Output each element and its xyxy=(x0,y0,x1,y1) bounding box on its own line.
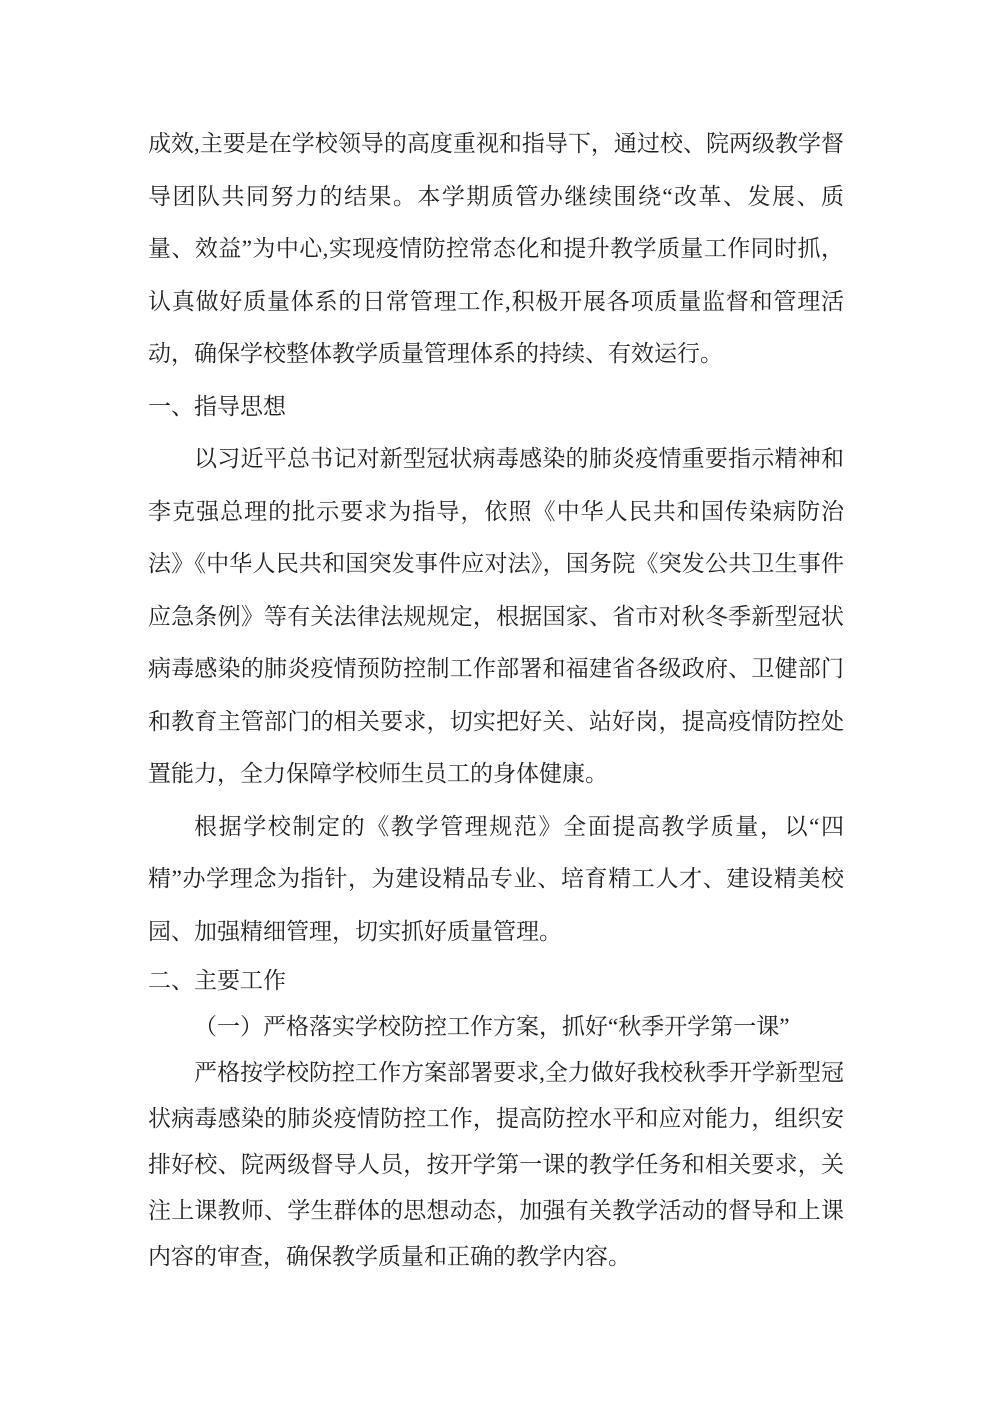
body-paragraph: 以习近平总书记对新型冠状病毒感染的肺炎疫情重要指示精神和李克强总理的批示要求为指… xyxy=(148,433,844,801)
section-heading: 二、主要工作 xyxy=(148,958,844,1004)
document-content: 成效,主要是在学校领导的高度重视和指导下，通过校、院两级教学督导团队共同努力的结… xyxy=(148,118,844,1280)
section-heading: 一、指导思想 xyxy=(148,381,844,434)
body-paragraph: 成效,主要是在学校领导的高度重视和指导下，通过校、院两级教学督导团队共同努力的结… xyxy=(148,118,844,381)
body-paragraph: 根据学校制定的《教学管理规范》全面提高教学质量，以“四精”办学理念为指针，为建设… xyxy=(148,801,844,959)
body-paragraph: 严格按学校防控工作方案部署要求,全力做好我校秋季开学新型冠状病毒感染的肺炎疫情防… xyxy=(148,1050,844,1280)
subsection-heading: （一）严格落实学校防控工作方案，抓好“秋季开学第一课” xyxy=(148,1004,844,1050)
document-page: 成效,主要是在学校领导的高度重视和指导下，通过校、院两级教学督导团队共同努力的结… xyxy=(0,0,992,1403)
